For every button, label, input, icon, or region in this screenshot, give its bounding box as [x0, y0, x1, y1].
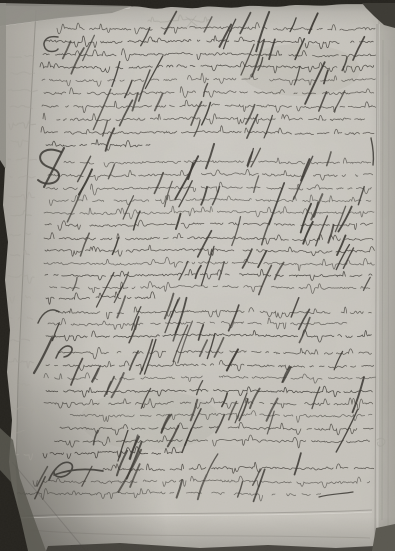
manuscript-scan: Scanned page of a 16th-century French ma… — [0, 0, 395, 551]
grain-overlay — [0, 0, 395, 551]
manuscript-svg: Scanned page of a 16th-century French ma… — [0, 0, 395, 551]
